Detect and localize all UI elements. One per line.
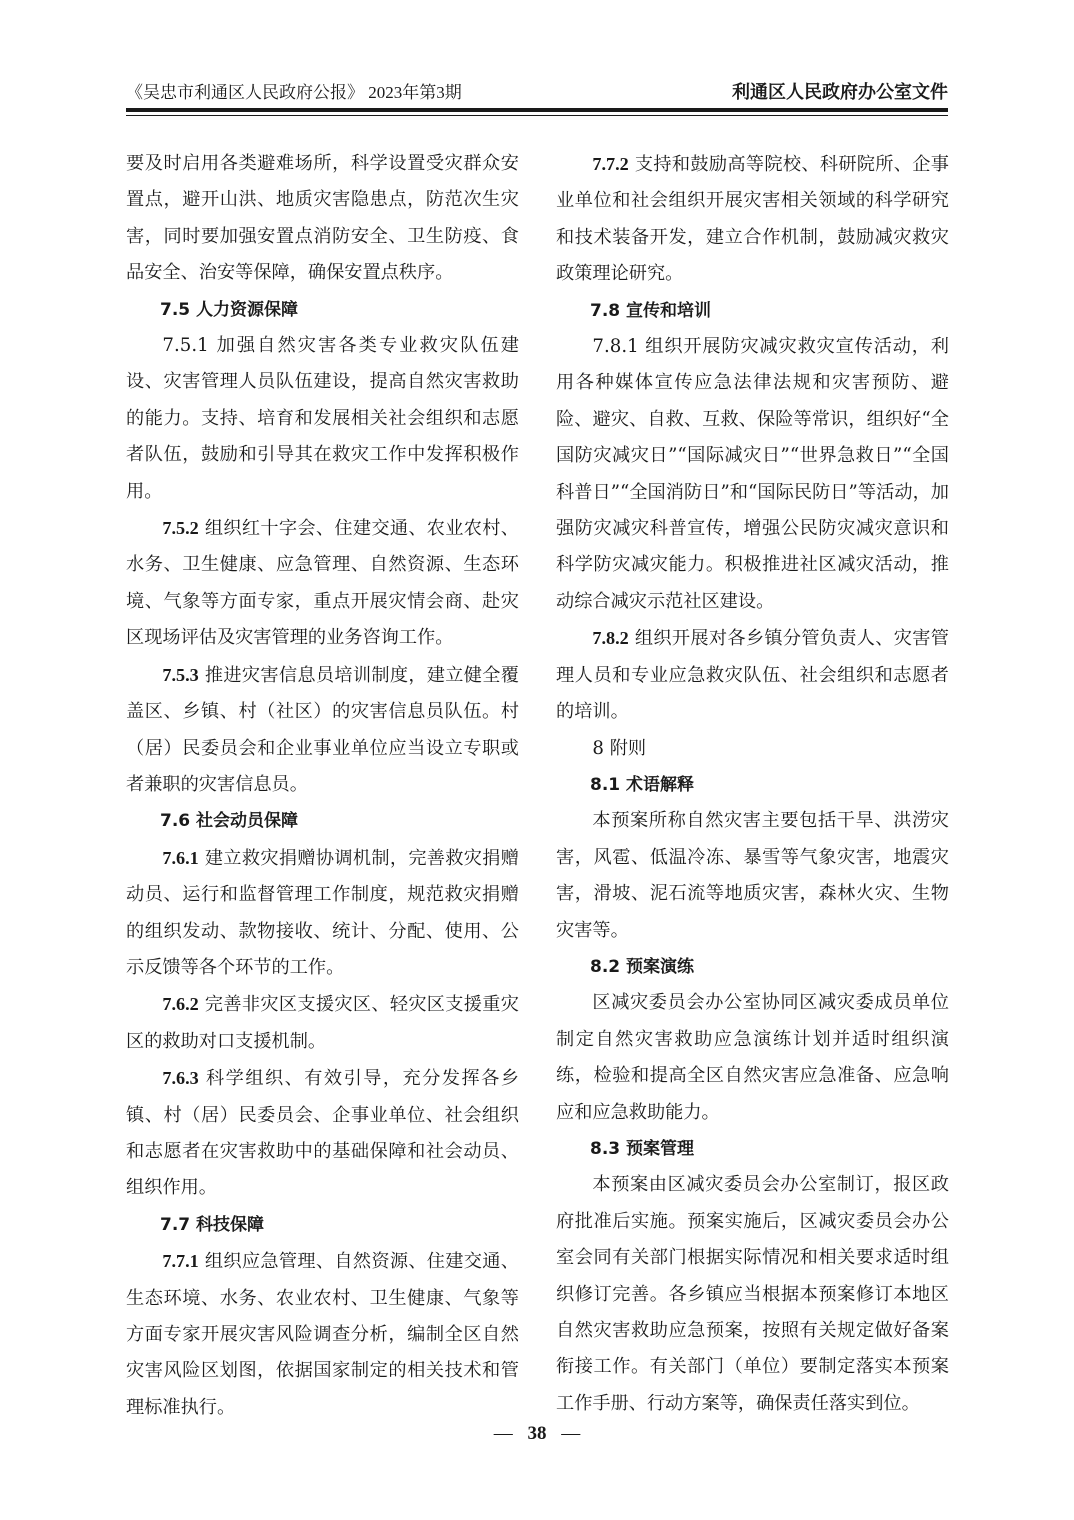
paragraph-8-3: 本预案由区减灾委员会办公室制订，报区政府批准后实施。预案实施后，区减灾委员会办公… <box>556 1167 949 1422</box>
paragraph-7-5-1: 7.5.1 加强自然灾害各类专业救灾队伍建设、灾害管理人员队伍建设，提高自然灾害… <box>126 328 519 510</box>
paragraph: 要及时启用各类避难场所，科学设置受灾群众安置点，避开山洪、地质灾害隐患点，防范次… <box>126 146 519 292</box>
header-rule-thick <box>126 108 948 112</box>
dash-right: — <box>561 1423 580 1444</box>
paragraph-7-5-3: 7.5.3 推进灾害信息员培训制度，建立健全覆盖区、乡镇、村（社区）的灾害信息员… <box>126 657 519 804</box>
header-rule-thin <box>126 115 948 116</box>
journal-title: 《吴忠市利通区人民政府公报》 2023年第3期 <box>126 78 462 103</box>
clause-number: 7.5.1 <box>162 335 208 356</box>
paragraph-8-1: 本预案所称自然灾害主要包括干旱、洪涝灾害，风雹、低温冷冻、暴雪等气象灾害，地震灾… <box>556 803 949 949</box>
section-heading-7-6: 7.6 社会动员保障 <box>126 803 519 839</box>
clause-number: 7.6.3 <box>162 1068 198 1088</box>
clause-text: 加强自然灾害各类专业救灾队伍建设、灾害管理人员队伍建设，提高自然灾害救助的能力。… <box>126 335 519 502</box>
clause-number: 7.6.1 <box>162 848 198 868</box>
section-heading-7-7: 7.7 科技保障 <box>126 1207 519 1243</box>
left-column: 要及时启用各类避难场所，科学设置受灾群众安置点，避开山洪、地质灾害隐患点，防范次… <box>126 146 519 1426</box>
section-heading-7-8: 7.8 宣传和培训 <box>556 293 949 329</box>
section-heading-7-5: 7.5 人力资源保障 <box>126 292 519 328</box>
paragraph-7-6-1: 7.6.1 建立救灾捐赠协调机制，完善救灾捐赠动员、运行和监督管理工作制度，规范… <box>126 840 519 987</box>
document-source: 利通区人民政府办公室文件 <box>732 78 948 104</box>
dash-left: — <box>494 1423 513 1444</box>
clause-text: 组织应急管理、自然资源、住建交通、生态环境、水务、农业农村、卫生健康、气象等方面… <box>126 1251 519 1418</box>
clause-number: 7.7.2 <box>592 154 628 174</box>
paragraph-8-2: 区减灾委员会办公室协同区减灾委成员单位制定自然灾害救助应急演练计划并适时组织演练… <box>556 985 949 1131</box>
right-column: 7.7.2 支持和鼓励高等院校、科研院所、企事业单位和社会组织开展灾害相关领域的… <box>556 146 949 1422</box>
chapter-heading-8: 8 附则 <box>556 731 949 767</box>
paragraph-7-8-1: 7.8.1 组织开展防灾减灾救灾宣传活动，利用各种媒体宣传应急法律法规和灾害预防… <box>556 329 949 620</box>
page-header: 《吴忠市利通区人民政府公报》 2023年第3期 利通区人民政府办公室文件 <box>126 78 948 104</box>
section-heading-8-3: 8.3 预案管理 <box>556 1131 949 1167</box>
paragraph-7-7-1: 7.7.1 组织应急管理、自然资源、住建交通、生态环境、水务、农业农村、卫生健康… <box>126 1243 519 1426</box>
section-heading-8-1: 8.1 术语解释 <box>556 767 949 803</box>
clause-number: 7.5.2 <box>162 518 198 538</box>
clause-number: 7.5.3 <box>162 665 198 685</box>
section-heading-8-2: 8.2 预案演练 <box>556 949 949 985</box>
paragraph-7-5-2: 7.5.2 组织红十字会、住建交通、农业农村、水务、卫生健康、应急管理、自然资源… <box>126 510 519 657</box>
page-footer: — 38 — <box>0 1423 1074 1445</box>
paragraph-7-7-2: 7.7.2 支持和鼓励高等院校、科研院所、企事业单位和社会组织开展灾害相关领域的… <box>556 146 949 293</box>
clause-number: 7.6.2 <box>162 994 198 1014</box>
clause-number: 7.7.1 <box>162 1251 198 1271</box>
paragraph-7-6-3: 7.6.3 科学组织、有效引导，充分发挥各乡镇、村（居）民委员会、企事业单位、社… <box>126 1060 519 1207</box>
clause-number: 7.8.2 <box>592 628 628 648</box>
page-number: 38 <box>528 1423 547 1444</box>
paragraph-7-8-2: 7.8.2 组织开展对各乡镇分管负责人、灾害管理人员和专业应急救灾队伍、社会组织… <box>556 620 949 730</box>
paragraph-7-6-2: 7.6.2 完善非灾区支援灾区、轻灾区支援重灾区的救助对口支援机制。 <box>126 986 519 1060</box>
